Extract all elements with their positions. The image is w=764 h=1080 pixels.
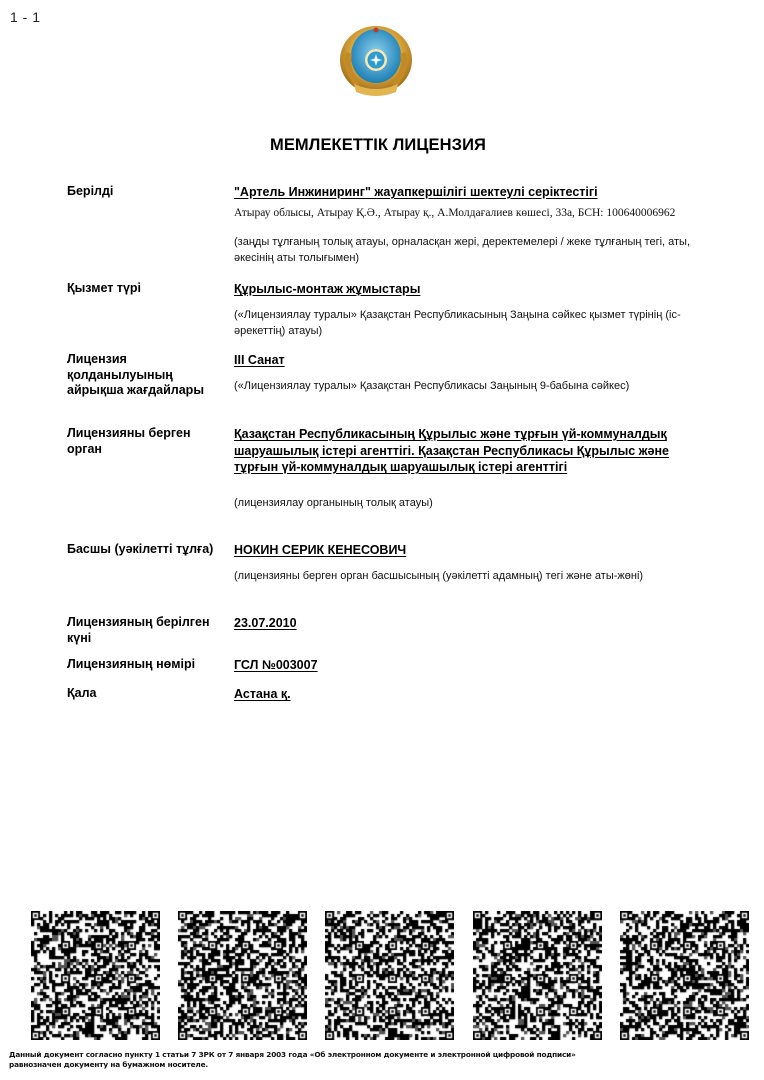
special-conditions-value: ІІІ Санат: [234, 352, 714, 369]
issuing-authority-note: (лицензиялау органының толық атауы): [234, 496, 709, 512]
license-number-value: ГСЛ №003007: [234, 657, 714, 674]
qr-code-2-icon: [178, 911, 307, 1040]
city-label: Қала: [67, 686, 232, 702]
head-label: Басшы (уәкілетті тұлға): [67, 542, 232, 558]
qr-code-5-icon: [620, 911, 749, 1040]
footer-line-1: Данный документ согласно пункту 1 статьи…: [9, 1050, 609, 1060]
qr-code-1-icon: [31, 911, 160, 1040]
issued-to-note: (заңды тұлғаның толық атауы, орналасқан …: [234, 235, 709, 266]
special-conditions-label: Лицензия қолданылуының айрықша жағдайлар…: [67, 352, 227, 399]
activity-type-label: Қызмет түрі: [67, 281, 232, 297]
qr-code-4-icon: [473, 911, 602, 1040]
issued-to-value: "Артель Инжиниринг" жауапкершілігі шекте…: [234, 184, 714, 201]
issued-to-address: Атырау облысы, Атырау Қ.Ә., Атырау қ., А…: [234, 206, 709, 221]
activity-type-value: Құрылыс-монтаж жұмыстары: [234, 281, 714, 298]
head-value: НОКИН СЕРИК КЕНЕСОВИЧ: [234, 542, 714, 559]
activity-type-note: («Лицензиялау туралы» Қазақстан Республи…: [234, 308, 709, 339]
city-value: Астана қ.: [234, 686, 714, 703]
head-note: (лицензияны берген орган басшысының (уәк…: [234, 569, 709, 585]
issue-date-value: 23.07.2010: [234, 615, 714, 632]
license-number-label: Лицензияның нөмірі: [67, 657, 232, 673]
document-title: МЕМЛЕКЕТТІК ЛИЦЕНЗИЯ: [0, 136, 756, 155]
state-emblem-icon: [336, 22, 416, 102]
qr-code-3-icon: [325, 911, 454, 1040]
issued-to-label: Берілді: [67, 184, 232, 200]
special-conditions-note: («Лицензиялау туралы» Қазақстан Республи…: [234, 379, 709, 395]
issuing-authority-label: Лицензияны берген орган: [67, 426, 217, 457]
issue-date-label: Лицензияның берілген күні: [67, 615, 227, 646]
legal-footer: Данный документ согласно пункту 1 статьи…: [9, 1050, 609, 1070]
page-marker: 1 - 1: [10, 9, 41, 25]
issuing-authority-value: Қазақстан Республикасының Құрылыс және т…: [234, 426, 709, 476]
footer-line-2: равнозначен документу на бумажном носите…: [9, 1060, 609, 1070]
